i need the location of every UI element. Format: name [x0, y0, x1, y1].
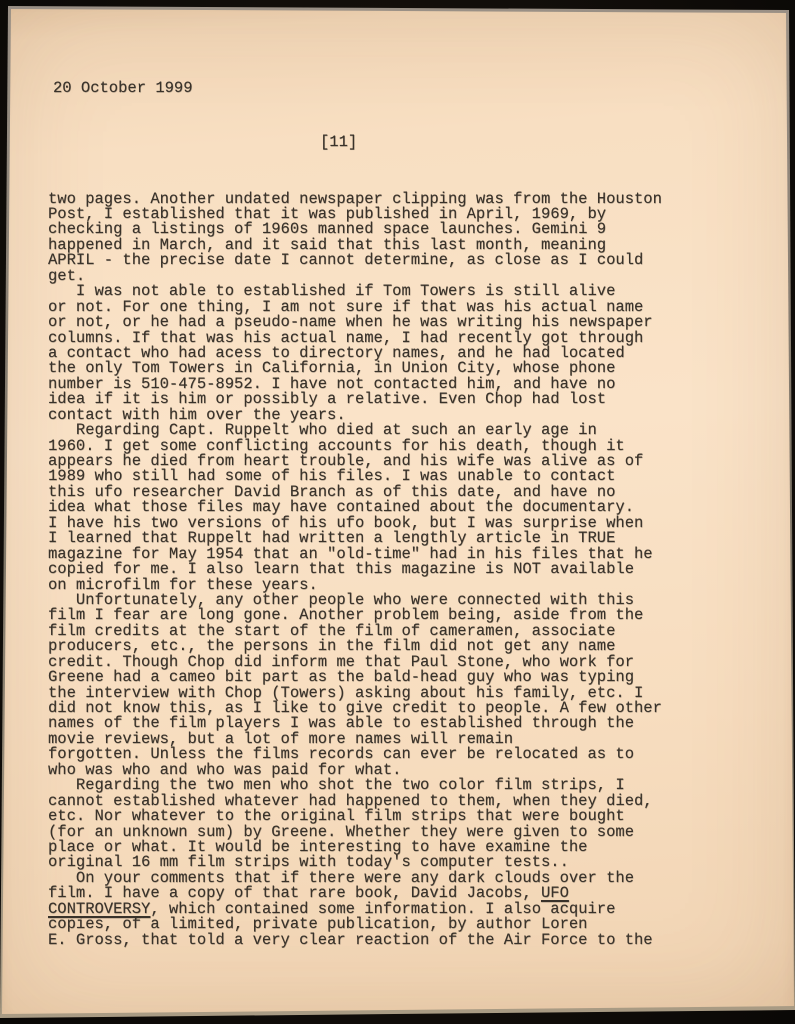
text-line: APRIL - the precise date I cannot determ… [48, 253, 748, 268]
document-content: 20 October 1999 [11] two pages. Another … [48, 50, 748, 979]
page-number: [11] [48, 135, 748, 150]
document-body: two pages. Another undated newspaper cli… [48, 192, 748, 948]
document-date: 20 October 1999 [48, 81, 748, 96]
text-line: E. Gross, that told a very clear reactio… [48, 933, 748, 948]
photo-frame: 20 October 1999 [11] two pages. Another … [0, 0, 795, 1024]
